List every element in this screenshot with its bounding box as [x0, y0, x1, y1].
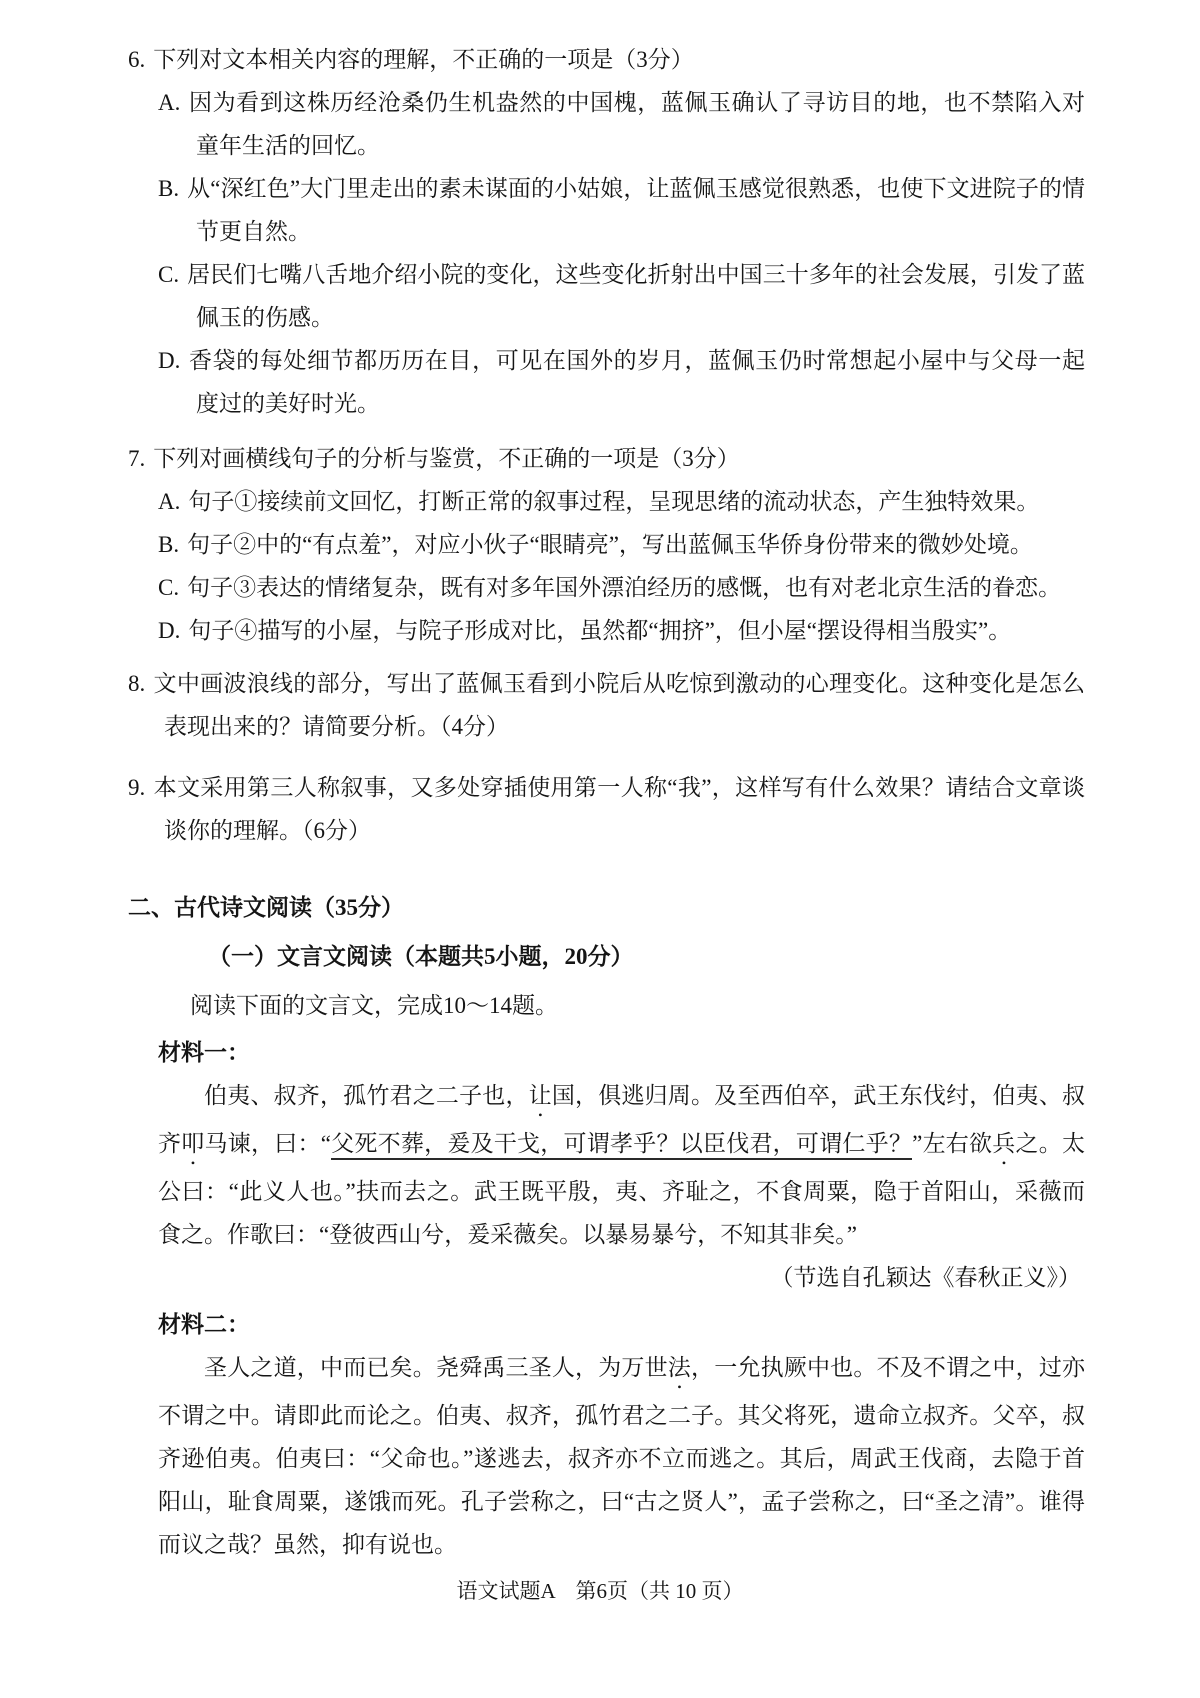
question-6-option-a: A.因为看到这株历经沧桑仍生机盎然的中国槐，蓝佩玉确认了寻访目的地，也不禁陷入对… — [158, 81, 1085, 167]
question-6: 6.下列对文本相关内容的理解，不正确的一项是（3分） A.因为看到这株历经沧桑仍… — [128, 38, 1085, 425]
material-2-label: 材料二： — [158, 1303, 1085, 1346]
text-segment-dot: 叩 — [181, 1131, 204, 1156]
material-2-text: 圣人之道，中而已矣。尧舜禹三圣人，为万世法，一允执厥中也。不及不谓之中，过亦不谓… — [158, 1346, 1085, 1566]
option-c-label: C. — [158, 575, 179, 600]
option-d-label: D. — [158, 618, 180, 643]
question-9-stem: 9.本文采用第三人称叙事，又多处穿插使用第一人称“我”，这样写有什么效果？请结合… — [128, 766, 1085, 852]
question-8: 8.文中画波浪线的部分，写出了蓝佩玉看到小院后从吃惊到激动的心理变化。这种变化是… — [128, 662, 1085, 748]
question-7-option-c: C.句子③表达的情绪复杂，既有对多年国外漂泊经历的感慨，也有对老北京生活的眷恋。 — [158, 566, 1085, 609]
option-a-label: A. — [158, 489, 180, 514]
question-7-stem-text: 下列对画横线句子的分析与鉴赏，不正确的一项是（3分） — [153, 446, 740, 471]
question-7-option-d: D.句子④描写的小屋，与院子形成对比，虽然都“拥挤”，但小屋“摆设得相当殷实”。 — [158, 609, 1085, 652]
option-d-text: 香袋的每处细节都历历在目，可见在国外的岁月，蓝佩玉仍时常想起小屋中与父母一起度过… — [188, 348, 1085, 416]
question-7-number: 7. — [128, 446, 145, 471]
text-segment-dot: 兵 — [992, 1131, 1015, 1156]
question-6-option-c: C.居民们七嘴八舌地介绍小院的变化，这些变化折射出中国三十多年的社会发展，引发了… — [158, 253, 1085, 339]
page-footer: 语文试题A 第6页（共 10 页） — [0, 1576, 1200, 1606]
material-1-attribution: （节选自孔颖达《春秋正义》） — [128, 1256, 1081, 1299]
option-b-label: B. — [158, 176, 179, 201]
text-segment-dot: 让 — [529, 1083, 552, 1108]
question-8-stem-text: 文中画波浪线的部分，写出了蓝佩玉看到小院后从吃惊到激动的心理变化。这种变化是怎么… — [153, 671, 1085, 739]
question-7-stem: 7.下列对画横线句子的分析与鉴赏，不正确的一项是（3分） — [128, 437, 1085, 480]
question-6-stem: 6.下列对文本相关内容的理解，不正确的一项是（3分） — [128, 38, 1085, 81]
text-segment-normal: ”左右欲 — [912, 1131, 992, 1156]
option-c-label: C. — [158, 262, 179, 287]
question-6-number: 6. — [128, 47, 145, 72]
text-segment-dot: 法 — [668, 1355, 691, 1380]
question-8-number: 8. — [128, 671, 145, 696]
question-9-stem-text: 本文采用第三人称叙事，又多处穿插使用第一人称“我”，这样写有什么效果？请结合文章… — [153, 775, 1085, 843]
question-7: 7.下列对画横线句子的分析与鉴赏，不正确的一项是（3分） A.句子①接续前文回忆… — [128, 437, 1085, 652]
material-1-label: 材料一： — [158, 1031, 1085, 1074]
option-a-text: 因为看到这株历经沧桑仍生机盎然的中国槐，蓝佩玉确认了寻访目的地，也不禁陷入对童年… — [188, 90, 1085, 158]
question-7-option-a: A.句子①接续前文回忆，打断正常的叙事过程，呈现思绪的流动状态，产生独特效果。 — [158, 480, 1085, 523]
option-a-label: A. — [158, 90, 180, 115]
question-9: 9.本文采用第三人称叙事，又多处穿插使用第一人称“我”，这样写有什么效果？请结合… — [128, 766, 1085, 852]
option-d-label: D. — [158, 348, 180, 373]
question-6-option-d: D.香袋的每处细节都历历在目，可见在国外的岁月，蓝佩玉仍时常想起小屋中与父母一起… — [158, 339, 1085, 425]
option-d-text: 句子④描写的小屋，与院子形成对比，虽然都“拥挤”，但小屋“摆设得相当殷实”。 — [188, 618, 1011, 643]
option-b-text: 从“深红色”大门里走出的素未谋面的小姑娘，让蓝佩玉感觉很熟悉，也使下文进院子的情… — [187, 176, 1085, 244]
option-b-label: B. — [158, 532, 179, 557]
option-a-text: 句子①接续前文回忆，打断正常的叙事过程，呈现思绪的流动状态，产生独特效果。 — [188, 489, 1039, 514]
question-7-option-b: B.句子②中的“有点羞”，对应小伙子“眼睛亮”，写出蓝佩玉华侨身份带来的微妙处境… — [158, 523, 1085, 566]
text-segment-normal: ，一允执厥中也。不及不谓之中，过亦不谓之中。请即此而论之。伯夷、叔齐，孤竹君之二… — [158, 1355, 1085, 1557]
option-c-text: 居民们七嘴八舌地介绍小院的变化，这些变化折射出中国三十多年的社会发展，引发了蓝佩… — [187, 262, 1085, 330]
question-6-stem-text: 下列对文本相关内容的理解，不正确的一项是（3分） — [153, 47, 694, 72]
question-6-option-b: B.从“深红色”大门里走出的素未谋面的小姑娘，让蓝佩玉感觉很熟悉，也使下文进院子… — [158, 167, 1085, 253]
option-b-text: 句子②中的“有点羞”，对应小伙子“眼睛亮”，写出蓝佩玉华侨身份带来的微妙处境。 — [187, 532, 1033, 557]
material-1-text: 伯夷、叔齐，孤竹君之二子也，让国，俱逃归周。及至西伯卒，武王东伐纣，伯夷、叔齐叩… — [158, 1074, 1085, 1256]
text-segment-normal: 伯夷、叔齐，孤竹君之二子也， — [204, 1083, 529, 1108]
text-segment-underline: 父死不葬，爰及干戈，可谓孝乎？以臣伐君，可谓仁乎？ — [331, 1131, 912, 1160]
question-9-number: 9. — [128, 775, 145, 800]
question-8-stem: 8.文中画波浪线的部分，写出了蓝佩玉看到小院后从吃惊到激动的心理变化。这种变化是… — [128, 662, 1085, 748]
text-segment-normal: 圣人之道，中而已矣。尧舜禹三圣人，为万世 — [204, 1355, 668, 1380]
subsection-title: （一）文言文阅读（本题共5小题，20分） — [208, 935, 1085, 978]
option-c-text: 句子③表达的情绪复杂，既有对多年国外漂泊经历的感慨，也有对老北京生活的眷恋。 — [187, 575, 1061, 600]
exam-page: 6.下列对文本相关内容的理解，不正确的一项是（3分） A.因为看到这株历经沧桑仍… — [0, 0, 1200, 1698]
reading-instruction: 阅读下面的文言文，完成10～14题。 — [190, 984, 1085, 1027]
section-title: 二、古代诗文阅读（35分） — [128, 886, 1085, 929]
text-segment-normal: 马谏，曰：“ — [205, 1131, 331, 1156]
